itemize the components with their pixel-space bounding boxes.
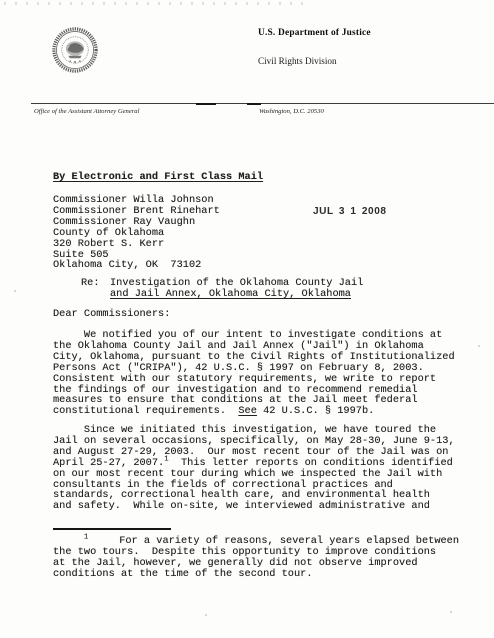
body-text: April 25-27, 2007. bbox=[53, 457, 164, 469]
body-text: This letter reports on conditions identi… bbox=[169, 457, 453, 469]
salutation: Dear Commissioners: bbox=[53, 309, 170, 320]
body-line: and safety. While on-site, we interviewe… bbox=[53, 501, 455, 512]
recipient-line: 320 Robert S. Kerr bbox=[53, 239, 220, 250]
recipient-line: County of Oklahoma bbox=[53, 228, 220, 239]
letterhead-location: Washington, D.C. 20530 bbox=[259, 108, 324, 115]
body-text: 42 U.S.C. § 1997b. bbox=[257, 405, 374, 417]
subject-label: Re: bbox=[81, 278, 100, 289]
body-line-with-citation: constitutional requirements. See 42 U.S.… bbox=[53, 406, 455, 417]
body-paragraph-2: Since we initiated this investigation, w… bbox=[53, 425, 455, 512]
letterhead-divider bbox=[31, 103, 494, 104]
footnote-block: 1 For a variety of reasons, several year… bbox=[53, 536, 459, 580]
office-title: Office of the Assistant Attorney General bbox=[34, 108, 139, 115]
recipient-address-block: Commissioner Willa Johnson Commissioner … bbox=[53, 195, 220, 271]
scan-artifact bbox=[4, 2, 304, 5]
scan-artifact bbox=[14, 290, 16, 292]
scan-artifact bbox=[478, 345, 480, 347]
body-text: constitutional requirements. bbox=[53, 405, 238, 417]
received-date-stamp: JUL 3 1 2008 bbox=[313, 205, 387, 217]
body-line: Persons Act ("CRIPA"), 42 U.S.C. § 1997 … bbox=[53, 363, 455, 374]
scan-artifact bbox=[450, 611, 452, 613]
body-paragraph-1: We notified you of our intent to investi… bbox=[53, 330, 455, 417]
body-line: Consistent with our statutory requiremen… bbox=[53, 374, 455, 385]
footnote-divider bbox=[53, 528, 171, 530]
body-line: on our most recent tour during which we … bbox=[53, 469, 455, 480]
division-name: Civil Rights Division bbox=[258, 56, 337, 66]
subject-line-2: and Jail Annex, Oklahoma City, Oklahoma bbox=[110, 289, 410, 300]
case-citation: See bbox=[238, 405, 257, 417]
delivery-method: By Electronic and First Class Mail bbox=[53, 172, 263, 183]
footnote-line: conditions at the time of the second tou… bbox=[53, 569, 459, 580]
doj-seal-icon bbox=[52, 27, 98, 73]
agency-name: U.S. Department of Justice bbox=[258, 28, 371, 38]
scan-artifact bbox=[205, 614, 207, 616]
letterhead-divider-segment bbox=[247, 103, 261, 105]
letterhead-divider-segment bbox=[196, 103, 216, 105]
letter-page: U.S. Department of Justice Civil Rights … bbox=[0, 0, 494, 638]
recipient-line: Oklahoma City, OK 73102 bbox=[53, 260, 220, 271]
body-line-with-footnote-ref: April 25-27, 2007.1 This letter reports … bbox=[53, 458, 455, 469]
